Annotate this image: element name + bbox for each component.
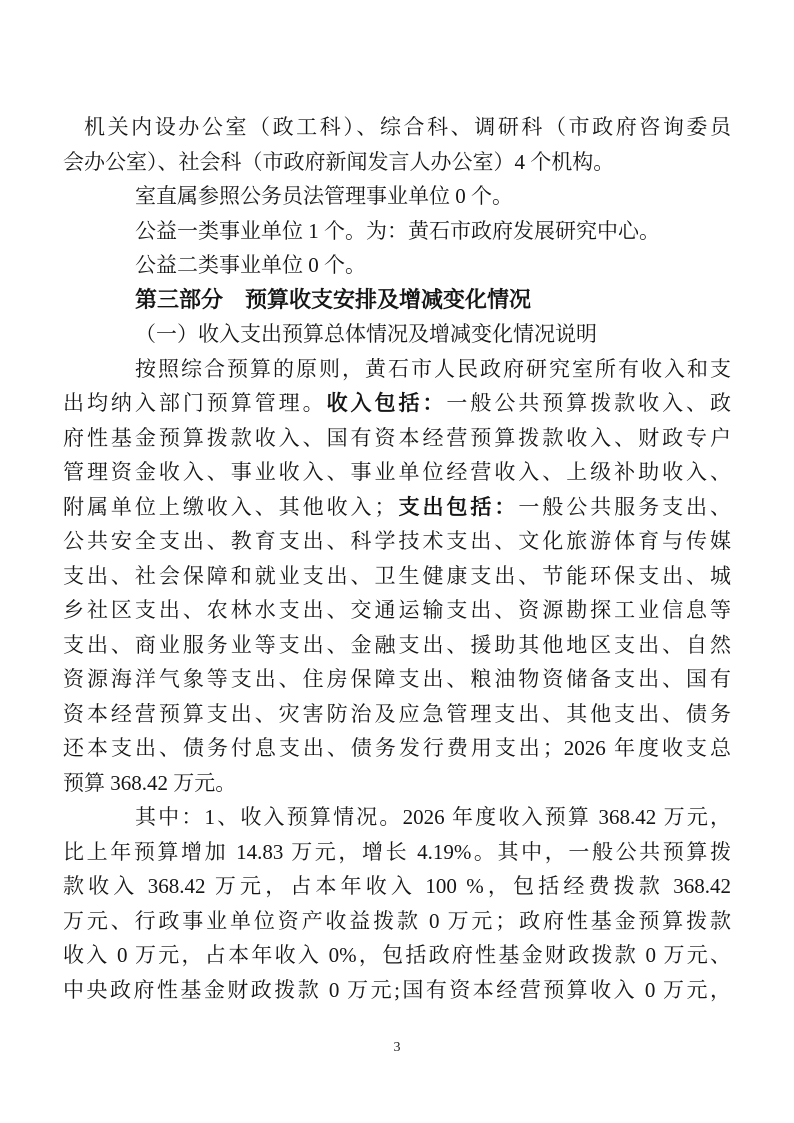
text-run: 一般公共服务支出、 <box>518 495 731 519</box>
text-run: 乡社区支出、农林水支出、交通运输支出、资源勘探工业信息等 <box>63 598 731 622</box>
body-line: 府性基金预算拨款收入、国有资本经营预算拨款收入、财政专户 <box>63 421 731 456</box>
body-line: 还本支出、债务付息支出、债务发行费用支出；2026 年度收支总 <box>63 731 731 766</box>
bold-text-run: 收入包括： <box>327 392 447 415</box>
bold-text-run: 第三部分 预算收支安排及增减变化情况 <box>135 287 531 312</box>
body-line: 支出、商业服务业等支出、金融支出、援助其他地区支出、自然 <box>63 628 731 663</box>
text-run: 比上年预算增加 14.83 万元，增长 4.19%。其中，一般公共预算拨 <box>63 840 731 864</box>
body-line: 收入 0 万元，占本年收入 0%，包括政府性基金财政拨款 0 万元、 <box>63 938 731 973</box>
body-line: 预算 368.42 万元。 <box>63 766 731 801</box>
body-line: 管理资金收入、事业收入、事业单位经营收入、上级补助收入、 <box>63 455 731 490</box>
text-run: 中央政府性基金财政拨款 0 万元;国有资本经营预算收入 0 万元， <box>63 978 731 1002</box>
text-run: 资本经营预算支出、灾害防治及应急管理支出、其他支出、债务 <box>63 702 731 726</box>
body-line: 资本经营预算支出、灾害防治及应急管理支出、其他支出、债务 <box>63 697 731 732</box>
body-line: 其中：1、收入预算情况。2026 年度收入预算 368.42 万元， <box>63 800 731 835</box>
body-line: 公共安全支出、教育支出、科学技术支出、文化旅游体育与传媒 <box>63 524 731 559</box>
text-run: 管理资金收入、事业收入、事业单位经营收入、上级补助收入、 <box>63 460 731 484</box>
text-run: 公共安全支出、教育支出、科学技术支出、文化旅游体育与传媒 <box>63 529 731 553</box>
body-line: 公益二类事业单位 0 个。 <box>63 248 731 283</box>
body-line: 乡社区支出、农林水支出、交通运输支出、资源勘探工业信息等 <box>63 593 731 628</box>
body-line: 资源海洋气象等支出、住房保障支出、粮油物资储备支出、国有 <box>63 662 731 697</box>
body-line: 中央政府性基金财政拨款 0 万元;国有资本经营预算收入 0 万元， <box>63 973 731 1008</box>
text-run: 款收入 368.42 万元，占本年收入 100 %，包括经费拨款 368.42 <box>63 874 731 898</box>
text-run: 资源海洋气象等支出、住房保障支出、粮油物资储备支出、国有 <box>63 667 731 691</box>
section-heading: 第三部分 预算收支安排及增减变化情况 <box>63 283 731 318</box>
body-line: 比上年预算增加 14.83 万元，增长 4.19%。其中，一般公共预算拨 <box>63 835 731 870</box>
body-line: 万元、行政事业单位资产收益拨款 0 万元；政府性基金预算拨款 <box>63 904 731 939</box>
text-run: 出均纳入部门预算管理。 <box>63 391 327 415</box>
body-line: 机关内设办公室（政工科）、综合科、调研科（市政府咨询委员 <box>63 110 731 145</box>
subsection-heading: （一）收入支出预算总体情况及增减变化情况说明 <box>63 317 731 352</box>
text-run: 预算 368.42 万元。 <box>63 771 236 795</box>
page-number: 3 <box>0 1038 794 1058</box>
document-body: 机关内设办公室（政工科）、综合科、调研科（市政府咨询委员会办公室）、社会科（市政… <box>63 110 731 1007</box>
text-run: 还本支出、债务付息支出、债务发行费用支出；2026 年度收支总 <box>63 736 731 760</box>
text-run: 室直属参照公务员法管理事业单位 0 个。 <box>135 184 513 208</box>
body-line: 支出、社会保障和就业支出、卫生健康支出、节能环保支出、城 <box>63 559 731 594</box>
text-run: 府性基金预算拨款收入、国有资本经营预算拨款收入、财政专户 <box>63 426 731 450</box>
body-line: 按照综合预算的原则，黄石市人民政府研究室所有收入和支 <box>63 352 731 387</box>
text-run: 支出、社会保障和就业支出、卫生健康支出、节能环保支出、城 <box>63 564 731 588</box>
text-run: 一般公共预算拨款收入、政 <box>446 391 731 415</box>
body-line: 会办公室）、社会科（市政府新闻发言人办公室）4 个机构。 <box>63 145 731 180</box>
text-run: 公益二类事业单位 0 个。 <box>135 253 366 277</box>
bold-text-run: 支出包括： <box>396 496 519 519</box>
document-page: { "page": { "number": "3" }, "document":… <box>0 0 794 1123</box>
text-run: 万元、行政事业单位资产收益拨款 0 万元；政府性基金预算拨款 <box>63 909 731 933</box>
text-run: 公益一类事业单位 1 个。为：黄石市政府发展研究中心。 <box>135 219 660 243</box>
body-line: 附属单位上缴收入、其他收入；支出包括：一般公共服务支出、 <box>63 490 731 525</box>
body-line: 公益一类事业单位 1 个。为：黄石市政府发展研究中心。 <box>63 214 731 249</box>
text-run: 机关内设办公室（政工科）、综合科、调研科（市政府咨询委员 <box>84 115 731 139</box>
text-run: 收入 0 万元，占本年收入 0%，包括政府性基金财政拨款 0 万元、 <box>63 943 731 967</box>
text-run: 附属单位上缴收入、其他收入； <box>63 495 396 519</box>
body-line: 款收入 368.42 万元，占本年收入 100 %，包括经费拨款 368.42 <box>63 869 731 904</box>
text-run: 按照综合预算的原则，黄石市人民政府研究室所有收入和支 <box>135 357 731 381</box>
text-run: （一）收入支出预算总体情况及增减变化情况说明 <box>135 322 597 346</box>
body-line: 室直属参照公务员法管理事业单位 0 个。 <box>63 179 731 214</box>
text-run: 其中：1、收入预算情况。2026 年度收入预算 368.42 万元， <box>135 805 731 829</box>
text-run: 会办公室）、社会科（市政府新闻发言人办公室）4 个机构。 <box>63 150 614 174</box>
body-line: 出均纳入部门预算管理。收入包括：一般公共预算拨款收入、政 <box>63 386 731 421</box>
text-run: 支出、商业服务业等支出、金融支出、援助其他地区支出、自然 <box>63 633 731 657</box>
